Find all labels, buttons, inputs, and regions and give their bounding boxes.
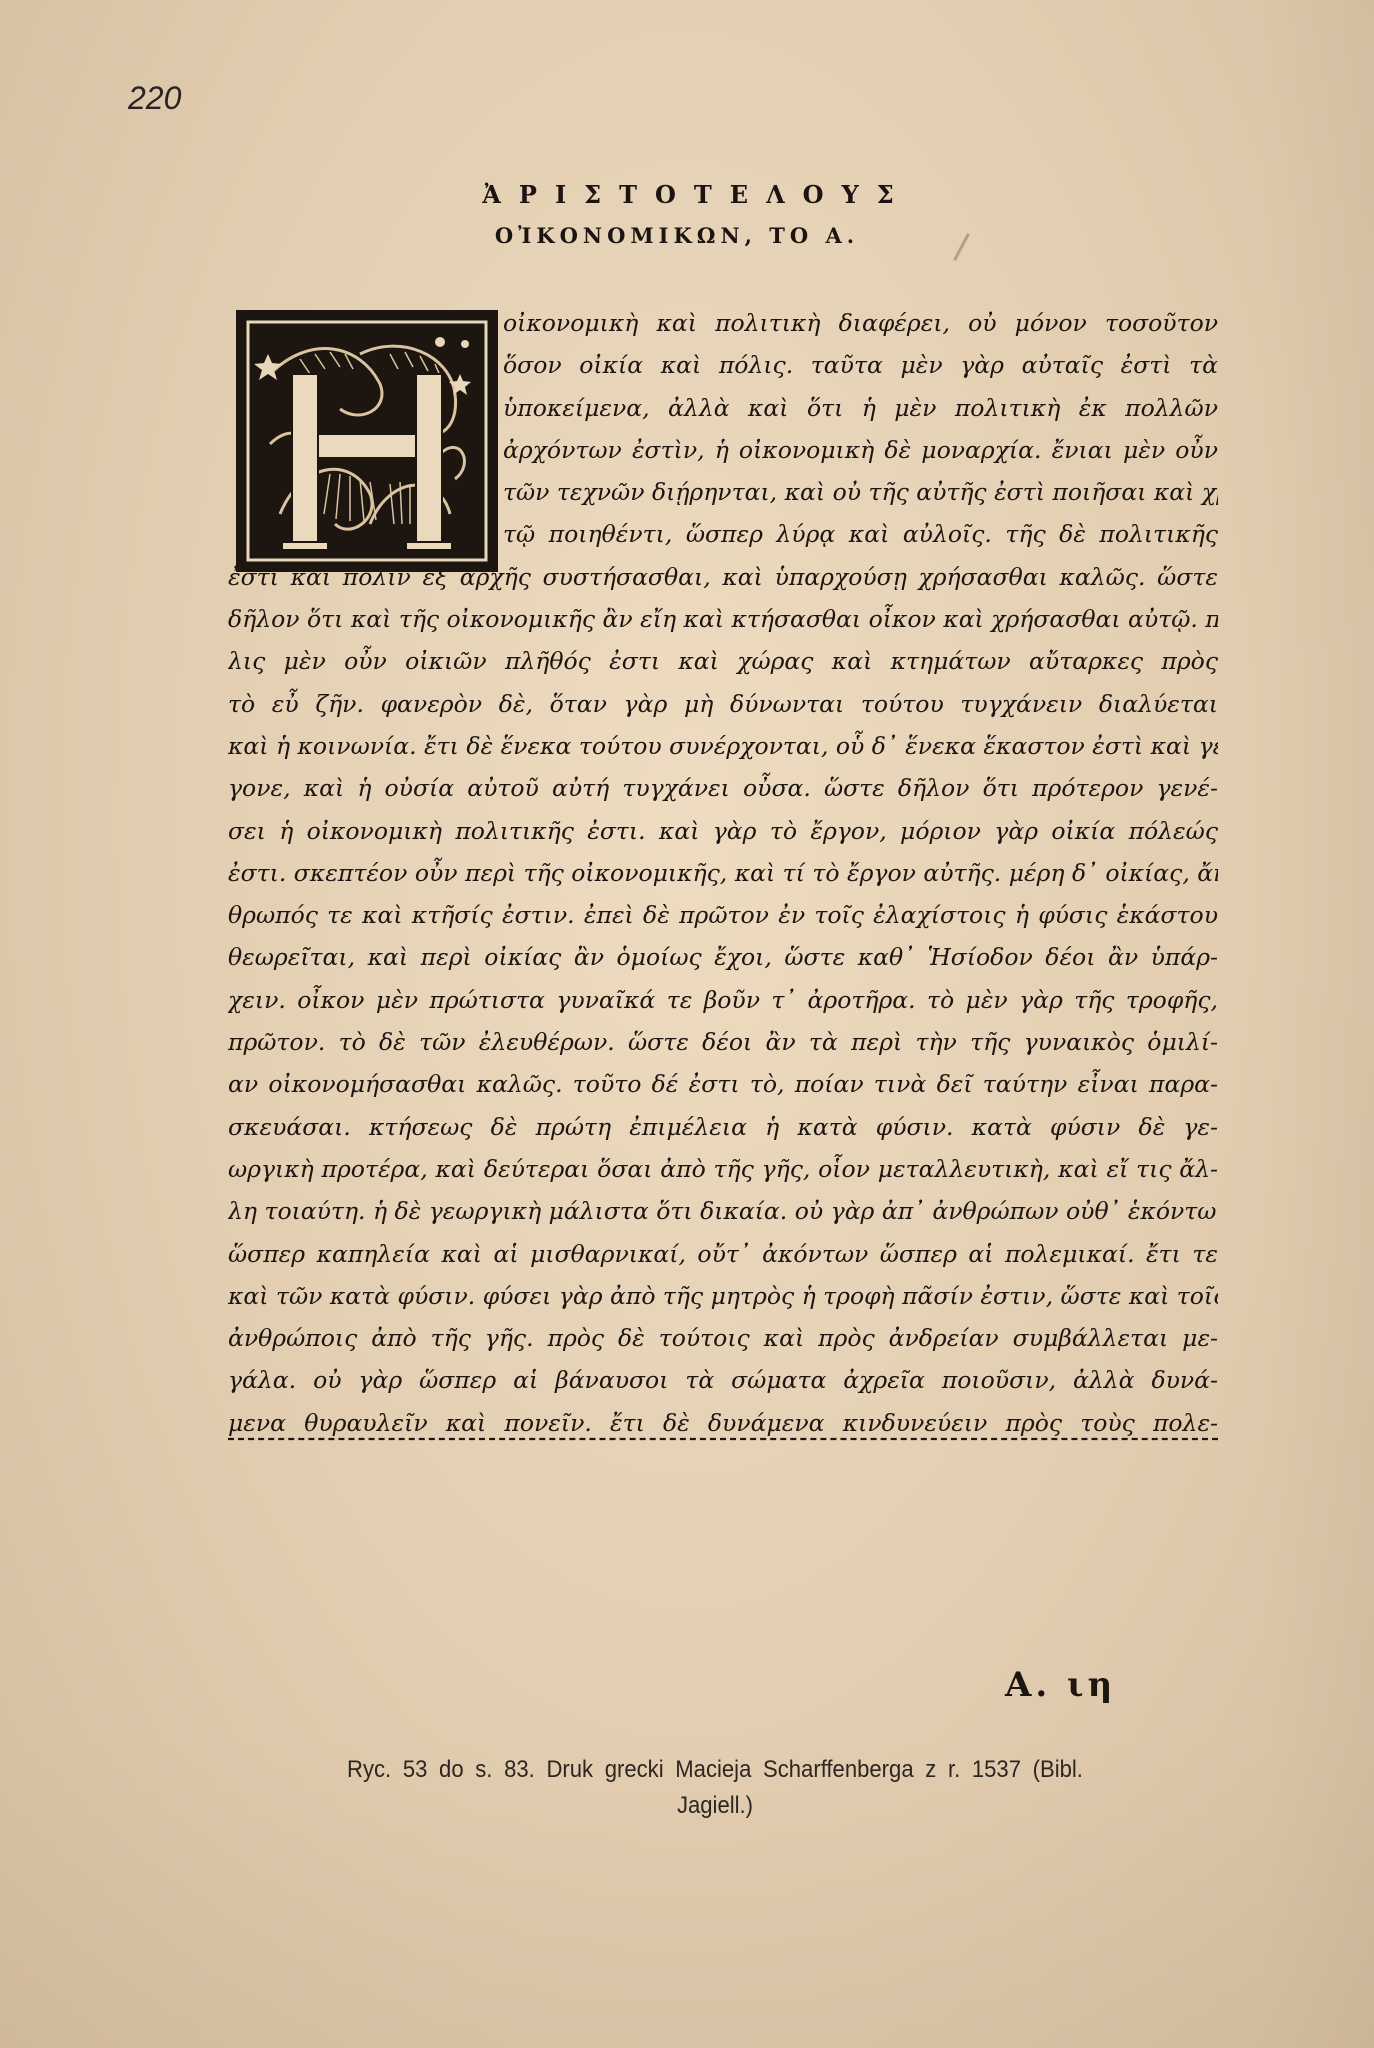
text-line: δῆλον ὅτι καὶ τῆς οἰκονομικῆς ἂν εἴη καὶ… <box>228 598 1218 640</box>
text-line: ἀνθρώποις ἀπὸ τῆς γῆς. πρὸς δὲ τούτοις κ… <box>228 1317 1218 1359</box>
text-line: θρωπός τε καὶ κτῆσίς ἐστιν. ἐπεὶ δὲ πρῶτ… <box>228 894 1218 936</box>
text-line: αν οἰκονομήσασθαι καλῶς. τοῦτο δέ ἐστι τ… <box>228 1063 1218 1105</box>
text-line: ἐστι. σκεπτέον οὖν περὶ τῆς οἰκονομικῆς,… <box>228 852 1218 894</box>
text-line: οἰκονομικὴ καὶ πολιτικὴ διαφέρει, οὐ μόν… <box>503 302 1218 344</box>
caption-line-2: Jagiell.) <box>250 1788 1179 1824</box>
text-line: λις μὲν οὖν οἰκιῶν πλῆθός ἐστι καὶ χώρας… <box>228 640 1218 682</box>
work-title: ΟἸΚΟΝΟΜΙΚΩΝ, ΤΟ Α. <box>0 223 1374 248</box>
text-line: ἀρχόντων ἐστὶν, ἡ οἰκονομικὴ δὲ μοναρχία… <box>503 429 1218 471</box>
text-line: σκευάσαι. κτήσεως δὲ πρώτη ἐπιμέλεια ἡ κ… <box>228 1106 1218 1148</box>
text-line: θεωρεῖται, καὶ περὶ οἰκίας ἂν ὁμοίως ἔχο… <box>228 936 1218 978</box>
text-line: ωργικὴ προτέρα, καὶ δεύτεραι ὅσαι ἀπὸ τῆ… <box>228 1148 1218 1190</box>
text-line: καὶ τῶν κατὰ φύσιν. φύσει γὰρ ἀπὸ τῆς μη… <box>228 1275 1218 1317</box>
text-line: ὥσπερ καπηλεία καὶ αἱ μισθαρνικαί, οὔτ᾽ … <box>228 1233 1218 1275</box>
text-line: ἐστὶ καὶ πόλιν ἐξ ἀρχῆς συστήσασθαι, καὶ… <box>228 556 1218 598</box>
title-block: ἈΡΙΣΤΟΤΕΛΟΥΣ ΟἸΚΟΝΟΜΙΚΩΝ, ΤΟ Α. <box>0 180 1374 248</box>
text-line: καὶ ἡ κοινωνία. ἔτι δὲ ἕνεκα τούτου συνέ… <box>228 725 1218 767</box>
author-title: ἈΡΙΣΤΟΤΕΛΟΥΣ <box>20 180 1374 209</box>
caption-line-1: Ryc. 53 do s. 83. Druk grecki Macieja Sc… <box>250 1752 1179 1788</box>
text-line: τῷ ποιηθέντι, ὥσπερ λύρᾳ καὶ αὐλοῖς. τῆς… <box>503 513 1218 555</box>
text-line: τὸ εὖ ζῆν. φανερὸν δὲ, ὅταν γὰρ μὴ δύνων… <box>228 683 1218 725</box>
text-line: ὅσον οἰκία καὶ πόλις. ταῦτα μὲν γὰρ αὐτα… <box>503 344 1218 386</box>
text-line: λη τοιαύτη. ἡ δὲ γεωργικὴ μάλιστα ὅτι δι… <box>228 1190 1218 1232</box>
text-line: τῶν τεχνῶν διῄρηνται, καὶ οὐ τῆς αὐτῆς ἐ… <box>503 471 1218 513</box>
text-line: μενα θυραυλεῖν καὶ πονεῖν. ἔτι δὲ δυνάμε… <box>228 1402 1218 1444</box>
text-line: ὑποκείμενα, ἀλλὰ καὶ ὅτι ἡ μὲν πολιτικὴ … <box>503 387 1218 429</box>
page-number: 220 <box>128 80 181 117</box>
text-line: γονε, καὶ ἡ οὐσία αὐτοῦ αὐτή τυγχάνει οὖ… <box>228 767 1218 809</box>
text-line: σει ἡ οἰκονομικὴ πολιτικῆς ἐστι. καὶ γὰρ… <box>228 810 1218 852</box>
text-line: πρῶτον. τὸ δὲ τῶν ἐλευθέρων. ὥστε δέοι ἂ… <box>228 1021 1218 1063</box>
figure-caption: Ryc. 53 do s. 83. Druk grecki Macieja Sc… <box>250 1752 1179 1824</box>
greek-text-body: οἰκονομικὴ καὶ πολιτικὴ διαφέρει, οὐ μόν… <box>228 302 1218 1444</box>
signature-mark: Α. ιη <box>1005 1665 1116 1705</box>
text-line: χειν. οἶκον μὲν πρώτιστα γυναῖκά τε βοῦν… <box>228 979 1218 1021</box>
text-line: γάλα. οὐ γὰρ ὥσπερ αἱ βάναυσοι τὰ σώματα… <box>228 1359 1218 1401</box>
